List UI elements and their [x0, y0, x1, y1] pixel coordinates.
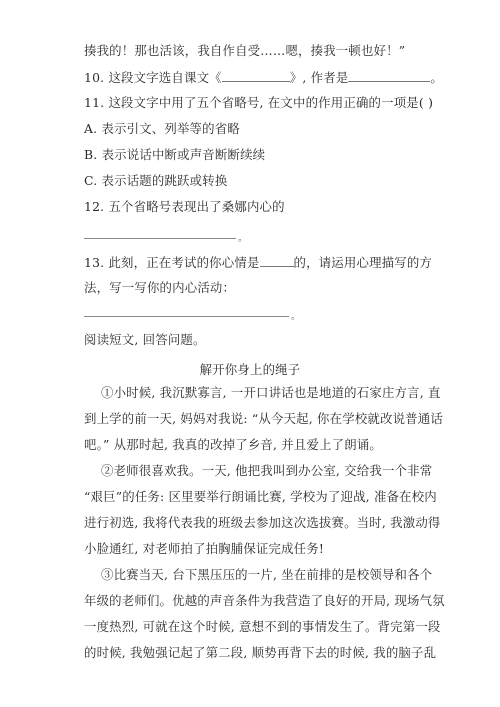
paragraph-1-line-1: ①小时候, 我沉默寡言, 一开口讲话也是地道的石家庄方言, 直 [101, 385, 418, 401]
paragraph-3-line-1: ③比赛当天, 台下黑压压的一片, 坐在前排的是校领导和各个 [101, 567, 418, 583]
q10-author-blank[interactable] [348, 69, 430, 82]
paragraph-2-line-3: 进行初选, 我将代表我的班级去参加这次选拔赛。当时, 我激动得 [84, 515, 418, 531]
q12-end: 。 [238, 229, 248, 244]
question-13: 13. 此刻，正在考试的你心情是的，请运用心理描写的方 [84, 254, 418, 271]
paragraph-3-line-4: 的时候, 我勉强记起了第二段, 顺势再背下去的时候, 我的脑子乱 [84, 645, 418, 661]
reading-instruction: 阅读短文, 回答问题。 [84, 332, 418, 348]
paragraph-1-line-3: 吧。” 从那时起, 我真的改掉了乡音, 并且爱上了朗诵。 [84, 437, 418, 453]
question-12: 12. 五个省略号表现出了桑娜内心的 [84, 199, 418, 215]
paragraph-3-line-3: 一度热烈, 可就在这个时候, 意想不到的事情发生了。背完第一段 [84, 619, 418, 635]
paragraph-3-line-2: 年级的老师们。优越的声音条件为我营造了良好的开局, 现场气氛 [84, 593, 418, 609]
question-10: 10. 这段文字选自课文《》, 作者是。 [84, 69, 418, 86]
option-a: A. 表示引文、列举等的省略 [84, 121, 418, 137]
option-c: C. 表示话题的跳跃或转换 [84, 173, 418, 189]
paragraph-2-line-2: “艰巨”的任务: 区里要举行朗诵比赛, 学校为了迎战, 准备在校内 [84, 489, 418, 505]
q13-end: 。 [291, 307, 301, 322]
q10-end: 。 [430, 70, 443, 85]
paragraph-2-line-1: ②老师很喜欢我。一天, 他把我叫到办公室, 交给我一个非常 [101, 463, 418, 479]
paragraph-2-line-4: 小脸通红, 对老师拍了拍胸脯保证完成任务! [84, 541, 418, 557]
q10-text-a: 10. 这段文字选自课文《 [84, 70, 222, 85]
question-13-cont: 法，写一写你的内心活动： [84, 280, 418, 296]
q12-answer-line[interactable] [84, 238, 236, 239]
q13-mood-blank[interactable] [260, 254, 294, 267]
passage-ending-line: 揍我的！那也活该，我自作自受……嗯，揍我一顿也好！” [84, 43, 418, 59]
option-b: B. 表示说话中断或声音断断续续 [84, 147, 418, 163]
paragraph-1-line-2: 到上学的前一天, 妈妈对我说: “从今天起, 你在学校就改说普通话 [84, 411, 418, 427]
q10-text-b: 》, 作者是 [290, 70, 349, 85]
q13-text-a: 13. 此刻，正在考试的你心情是 [84, 255, 260, 270]
article-title: 解开你身上的绳子 [0, 362, 500, 378]
q13-answer-line[interactable] [84, 316, 289, 317]
q13-text-b: 的，请运用心理描写的方 [294, 255, 433, 270]
question-11: 11. 这段文字中用了五个省略号, 在文中的作用正确的一项是( ) [84, 95, 418, 111]
q10-title-blank[interactable] [222, 69, 290, 82]
